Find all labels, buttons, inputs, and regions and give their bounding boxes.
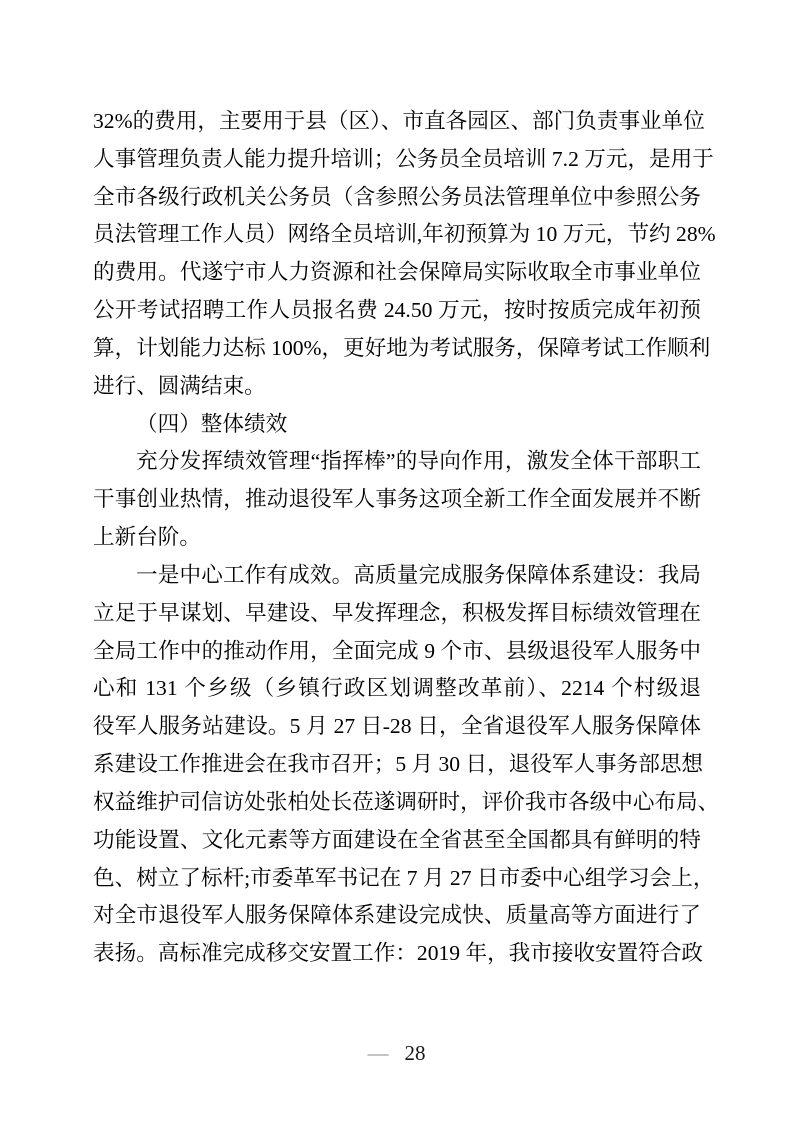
document-page: 32%的费用，主要用于县（区）、市直各园区、部门负责事业单位人事管理负责人能力提… [0,0,793,1122]
text-line: 系建设工作推进会在我市召开；5 月 30 日，退役军人事务部思想 [93,746,701,784]
text-line: 上新台阶。 [93,519,701,557]
text-line: 的费用。代遂宁市人力资源和社会保障局实际收取全市事业单位 [93,254,701,292]
text-line: 表扬。高标准完成移交安置工作：2019 年，我市接收安置符合政 [93,935,701,973]
text-line: 员法管理工作人员）网络全员培训,年初预算为 10 万元，节约 28% [93,216,701,254]
footer-page-number: 28 [405,1041,426,1065]
text-line: 充分发挥绩效管理“指挥棒”的导向作用，激发全体干部职工 [93,443,701,481]
text-line: （四）整体绩效 [93,406,701,444]
text-line: 公开考试招聘工作人员报名费 24.50 万元，按时按质完成年初预 [93,292,701,330]
document-body: 32%的费用，主要用于县（区）、市直各园区、部门负责事业单位人事管理负责人能力提… [93,103,701,973]
text-line: 32%的费用，主要用于县（区）、市直各园区、部门负责事业单位 [93,103,701,141]
text-line: 对全市退役军人服务保障体系建设完成快、质量高等方面进行了 [93,897,701,935]
text-line: 干事创业热情，推动退役军人事务这项全新工作全面发展并不断 [93,481,701,519]
text-line: 心和 131 个乡级（乡镇行政区划调整改革前）、2214 个村级退 [93,670,701,708]
page-footer: —28 [0,1038,793,1068]
text-line: 立足于早谋划、早建设、早发挥理念，积极发挥目标绩效管理在 [93,595,701,633]
text-line: 一是中心工作有成效。高质量完成服务保障体系建设：我局 [93,557,701,595]
text-line: 色、树立了标杆;市委革军书记在 7 月 27 日市委中心组学习会上， [93,860,701,898]
text-line: 全局工作中的推动作用，全面完成 9 个市、县级退役军人服务中 [93,633,701,671]
text-line: 进行、圆满结束。 [93,368,701,406]
text-line: 功能设置、文化元素等方面建设在全省甚至全国都具有鲜明的特 [93,822,701,860]
text-line: 全市各级行政机关公务员（含参照公务员法管理单位中参照公务 [93,179,701,217]
text-line: 人事管理负责人能力提升培训；公务员全员培训 7.2 万元，是用于 [93,141,701,179]
text-line: 役军人服务站建设。5 月 27 日-28 日，全省退役军人服务保障体 [93,708,701,746]
footer-dash: — [368,1041,389,1065]
text-line: 权益维护司信访处张柏处长莅遂调研时，评价我市各级中心布局、 [93,784,701,822]
text-line: 算，计划能力达标 100%，更好地为考试服务，保障考试工作顺利 [93,330,701,368]
